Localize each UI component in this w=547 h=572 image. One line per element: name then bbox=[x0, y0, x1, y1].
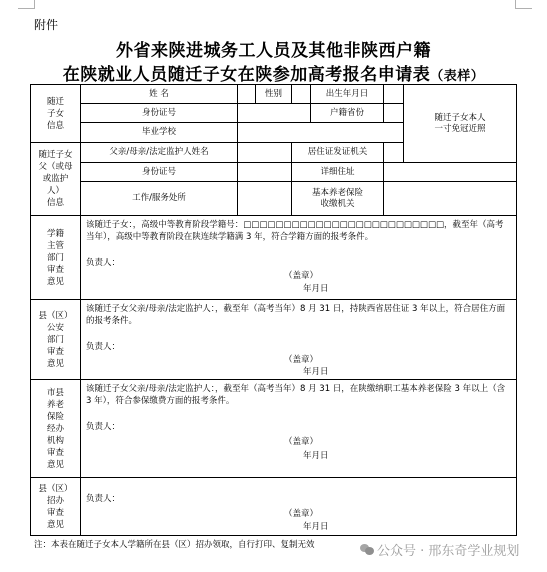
school-registry-side-text: 学籍 主管 部门 审查 意见 bbox=[47, 229, 64, 287]
child-gender-label: 性别 bbox=[256, 85, 292, 104]
admissions-side-text: 县（区） 招办 审查 意见 bbox=[38, 484, 72, 530]
admissions-date-label: 年月日 bbox=[303, 521, 329, 533]
school-registry-seal-label: （盖章） bbox=[284, 270, 318, 282]
school-registry-review-text: 该随迁子女：，高级中等教育阶段学籍号：□□□□□□□□□□□□□□□□□□□□□… bbox=[86, 219, 511, 243]
child-school-field[interactable] bbox=[238, 123, 404, 143]
school-registry-review-label: 学籍 主管 部门 审查 意见 bbox=[31, 216, 81, 300]
child-gender-field[interactable] bbox=[292, 85, 311, 104]
police-date-label: 年月日 bbox=[303, 366, 329, 378]
police-signer-label: 负责人： bbox=[86, 341, 511, 353]
watermark: 公众号 · 邢东奇学业规划 bbox=[360, 540, 519, 559]
residence-authority-field[interactable] bbox=[384, 143, 404, 163]
address-label: 详细住址 bbox=[292, 163, 384, 182]
footer-note: 注：本表在随迁子女本人学籍所在县（区）招办领取，自行打印、复制无效 bbox=[34, 538, 315, 550]
wechat-icon bbox=[360, 544, 374, 555]
crop-mark-top-left bbox=[18, 0, 35, 9]
photo-placeholder[interactable]: 随迁子女本人 一寸免冠近照 bbox=[404, 85, 517, 163]
child-info-side-text: 随迁 子女 信息 bbox=[47, 97, 64, 131]
pension-authority-label: 基本养老保险 收缴机关 bbox=[292, 182, 384, 216]
pension-authority-text: 基本养老保险 收缴机关 bbox=[312, 188, 363, 209]
title-line2-text: 在陕就业人员随迁子女在陕参加高考报名申请表 bbox=[63, 65, 431, 85]
child-id-field[interactable] bbox=[238, 104, 311, 123]
document-title-line1: 外省来陕进城务工人员及其他非陕西户籍 bbox=[0, 36, 547, 61]
parent-name-label: 父亲/母亲/法定监护人姓名 bbox=[81, 143, 238, 163]
child-birthdate-label: 出生年月日 bbox=[311, 85, 384, 104]
application-form-table: 随迁 子女 信息 姓 名 性别 出生年月日 随迁子女本人 一寸免冠近照 身份证号… bbox=[30, 84, 517, 536]
police-seal-label: （盖章） bbox=[284, 354, 318, 366]
child-name-field[interactable] bbox=[238, 85, 256, 104]
admissions-review-label: 县（区） 招办 审查 意见 bbox=[31, 478, 81, 536]
child-birthdate-field[interactable] bbox=[384, 85, 404, 104]
child-hukou-field[interactable] bbox=[384, 104, 404, 123]
admissions-signer-label: 负责人： bbox=[86, 493, 511, 505]
parent-info-section-label: 随迁子女 父（或母 或监护 人） 信息 bbox=[31, 143, 81, 216]
parent-id-field[interactable] bbox=[238, 163, 292, 182]
school-registry-date-label: 年月日 bbox=[303, 283, 329, 295]
document-title-line2: 在陕就业人员随迁子女在陕参加高考报名申请表（表样） bbox=[0, 60, 547, 85]
crop-mark-top-right bbox=[515, 0, 532, 9]
pension-seal-label: （盖章） bbox=[284, 436, 318, 448]
watermark-text: 公众号 · 邢东奇学业规划 bbox=[377, 540, 519, 559]
pension-review-label: 市县 养老 保险 经办 机构 审查 意见 bbox=[31, 380, 81, 478]
pension-signer-label: 负责人： bbox=[86, 421, 511, 433]
photo-label: 随迁子女本人 一寸免冠近照 bbox=[435, 113, 486, 134]
police-review-box[interactable]: 该随迁子女父亲/母亲/法定监护人：，截至年（高考当年）8 月 31 日，持陕西省… bbox=[81, 300, 517, 380]
parent-name-field[interactable] bbox=[238, 143, 292, 163]
school-registry-review-box[interactable]: 该随迁子女：，高级中等教育阶段学籍号：□□□□□□□□□□□□□□□□□□□□□… bbox=[81, 216, 517, 300]
police-review-label: 县（区） 公安 部门 审查 意见 bbox=[31, 300, 81, 380]
school-registry-signer-label: 负责人： bbox=[86, 257, 511, 269]
workplace-field[interactable] bbox=[238, 182, 292, 216]
residence-authority-label: 居住证发证机关 bbox=[292, 143, 384, 163]
pension-review-box[interactable]: 该随迁子女父亲/母亲/法定监护人：，截至年（高考当年）8 月 31 日，在陕缴纳… bbox=[81, 380, 517, 478]
admissions-seal-label: （盖章） bbox=[284, 508, 318, 520]
workplace-label: 工作/服务处所 bbox=[81, 182, 238, 216]
pension-side-text: 市县 养老 保险 经办 机构 审查 意见 bbox=[47, 388, 64, 470]
pension-date-label: 年月日 bbox=[303, 450, 329, 462]
child-info-section-label: 随迁 子女 信息 bbox=[31, 85, 81, 143]
address-field[interactable] bbox=[384, 163, 517, 182]
child-name-label: 姓 名 bbox=[81, 85, 238, 104]
admissions-review-box[interactable]: 负责人： （盖章） 年月日 bbox=[81, 478, 517, 536]
police-review-text: 该随迁子女父亲/母亲/法定监护人：，截至年（高考当年）8 月 31 日，持陕西省… bbox=[86, 303, 511, 327]
child-id-label: 身份证号 bbox=[81, 104, 238, 123]
child-hukou-label: 户籍省份 bbox=[311, 104, 384, 123]
pension-authority-field[interactable] bbox=[384, 182, 517, 216]
pension-review-text: 该随迁子女父亲/母亲/法定监护人：，截至年（高考当年）8 月 31 日，在陕缴纳… bbox=[86, 383, 511, 407]
child-school-label: 毕业学校 bbox=[81, 123, 238, 143]
parent-id-label: 身份证号 bbox=[81, 163, 238, 182]
title-sample-tag: （表样） bbox=[430, 69, 484, 84]
attachment-label: 附件 bbox=[34, 16, 58, 33]
police-side-text: 县（区） 公安 部门 审查 意见 bbox=[38, 311, 72, 369]
parent-info-side-text: 随迁子女 父（或母 或监护 人） 信息 bbox=[38, 150, 72, 208]
